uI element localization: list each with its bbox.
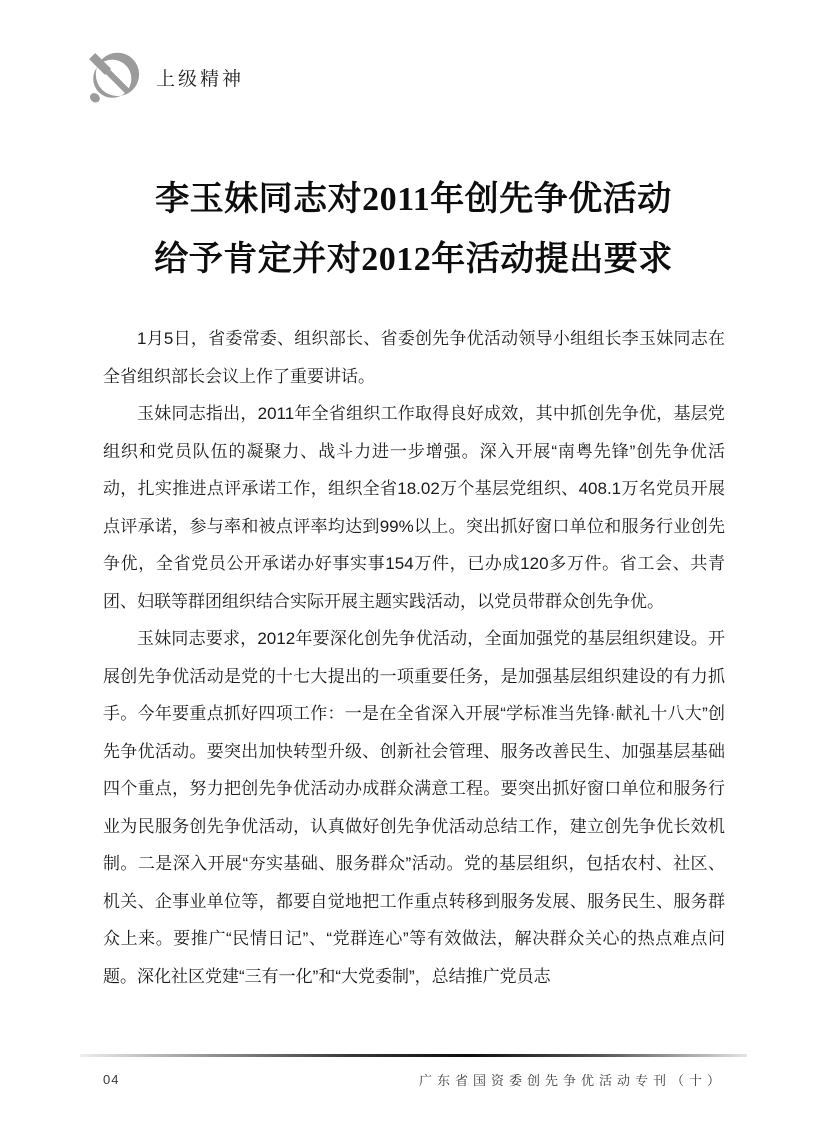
article-title: 李玉妹同志对2011年创先争优活动 给予肯定并对2012年活动提出要求 xyxy=(0,170,827,290)
body-paragraph: 玉妹同志要求，2012年要深化创先争优活动，全面加强党的基层组织建设。开展创先争… xyxy=(103,620,725,995)
party-emblem-icon xyxy=(88,46,140,108)
section-label: 上级精神 xyxy=(156,64,244,91)
page-footer: 04 广东省国资委创先争优活动专刊（十） xyxy=(103,1070,725,1089)
article-title-line2: 给予肯定并对2012年活动提出要求 xyxy=(0,230,827,290)
body-paragraph: 1月5日，省委常委、组织部长、省委创先争优活动领导小组组长李玉妹同志在全省组织部… xyxy=(103,320,725,395)
footer-divider xyxy=(80,1054,747,1057)
page-header: 上级精神 xyxy=(88,46,244,108)
article-title-line1: 李玉妹同志对2011年创先争优活动 xyxy=(0,170,827,230)
journal-title: 广东省国资委创先争优活动专刊（十） xyxy=(419,1070,725,1089)
body-paragraph: 玉妹同志指出，2011年全省组织工作取得良好成效，其中抓创先争优，基层党组织和党… xyxy=(103,395,725,620)
page-number: 04 xyxy=(103,1072,119,1087)
document-page: 上级精神 李玉妹同志对2011年创先争优活动 给予肯定并对2012年活动提出要求… xyxy=(0,0,827,1130)
article-body: 1月5日，省委常委、组织部长、省委创先争优活动领导小组组长李玉妹同志在全省组织部… xyxy=(103,320,725,995)
